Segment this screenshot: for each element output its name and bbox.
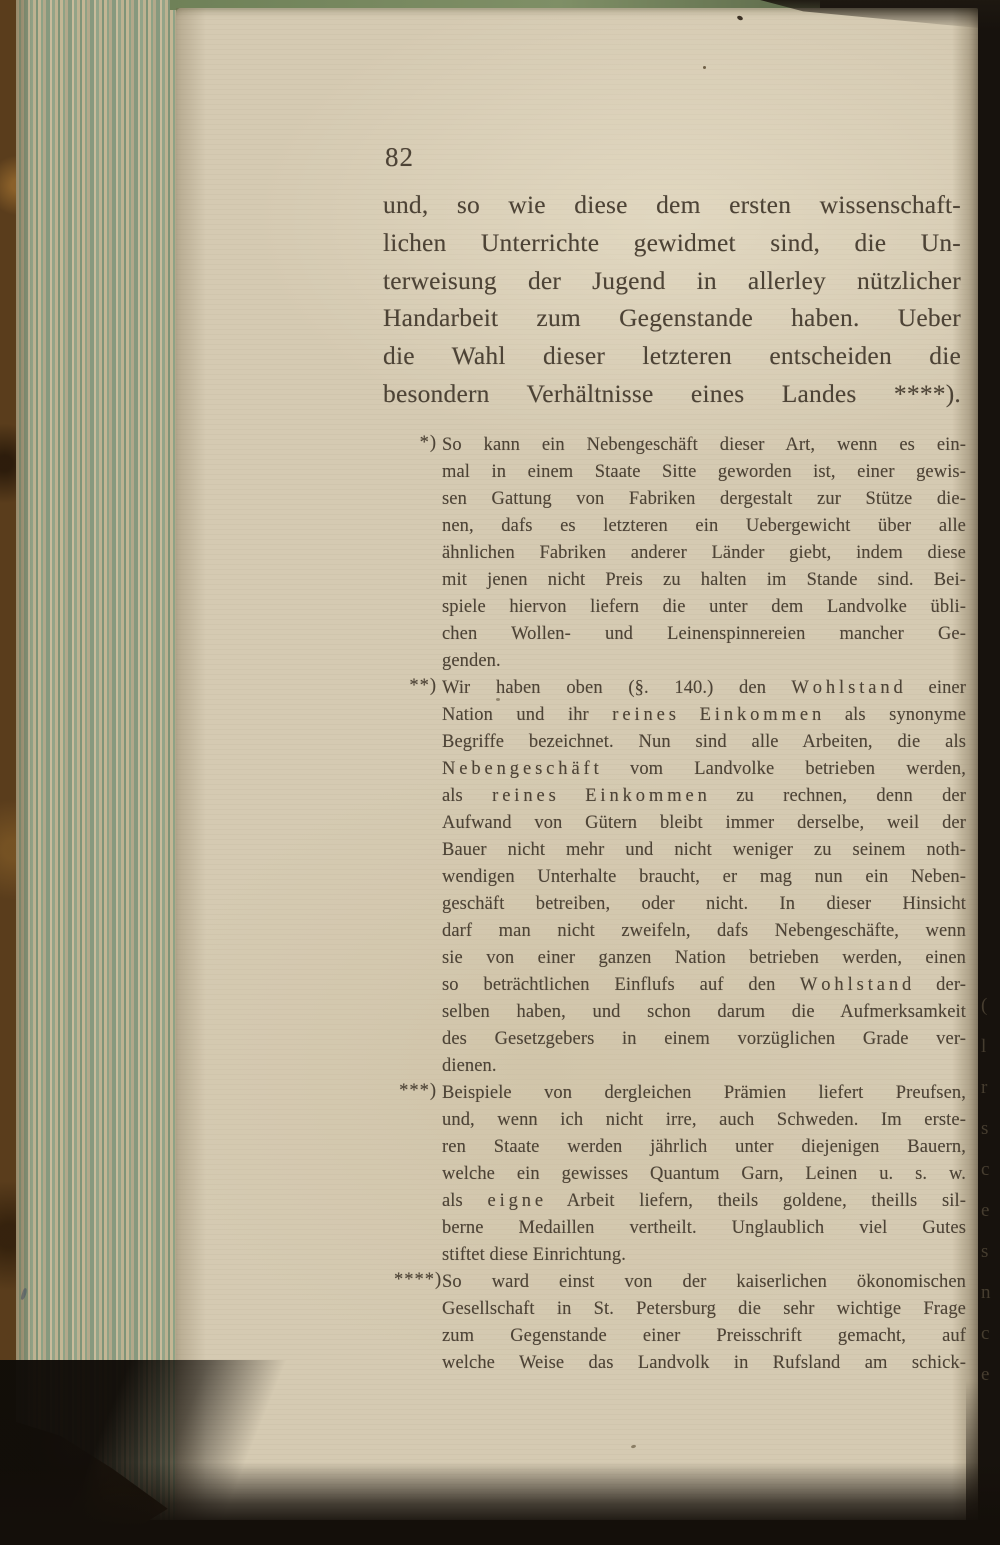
text-line: N e b e n g e s c h ä f t vom Landvolke …	[442, 756, 966, 783]
paper-fleck	[631, 1444, 637, 1448]
text-line: e	[981, 1190, 1000, 1231]
footnote-text: Beispiele von dergleichen Prämien liefer…	[442, 1080, 966, 1269]
text-line: So ward einst von der kaiserlichen ökono…	[442, 1269, 966, 1296]
text-line: Bauer nicht mehr und nicht weniger zu se…	[442, 837, 966, 864]
footnote-text: Wir haben oben (§. 140.) den W o h l s t…	[442, 675, 966, 1080]
text-line: und, so wie diese dem ersten wissenschaf…	[383, 186, 961, 224]
text-line: welche ein gewisses Quantum Garn, Leinen…	[442, 1161, 966, 1188]
text-line: als e i g n e Arbeit liefern, theils gol…	[442, 1188, 966, 1215]
footnote-marker: *)	[394, 430, 437, 457]
footnote-marker: ****)	[394, 1267, 437, 1294]
text-line: Nation und ihr r e i n e s E i n k o m m…	[442, 702, 966, 729]
text-line: Begriffe bezeichnet. Nun sind alle Arbei…	[442, 729, 966, 756]
footnote-2: **) Wir haben oben (§. 140.) den W o h l…	[394, 675, 966, 1080]
clipped-text-fragments: (lrscesnce	[981, 985, 1000, 1395]
text-line: nen, dafs es letzteren ein Uebergewicht …	[442, 513, 966, 540]
text-line: des Gesetzgebers in einem vorzüglichen G…	[442, 1026, 966, 1053]
text-line: Wir haben oben (§. 140.) den W o h l s t…	[442, 675, 966, 702]
book-scan: 82 und, so wie diese dem ersten wissensc…	[0, 0, 1000, 1545]
book-page: 82 und, so wie diese dem ersten wissensc…	[176, 8, 978, 1520]
footnote-4: ****) So ward einst von der kaiserlichen…	[394, 1269, 966, 1377]
paper-fleck	[496, 698, 500, 701]
shadow-bottom	[0, 1462, 1000, 1545]
footnote-marker: **)	[394, 673, 437, 700]
page-number: 82	[385, 142, 414, 173]
text-line: Beispiele von dergleichen Prämien liefer…	[442, 1080, 966, 1107]
text-line: c	[981, 1149, 1000, 1190]
footnotes-block: *) So kann ein Nebengeschäft dieser Art,…	[394, 432, 966, 1377]
text-line: spiele hiervon liefern die unter dem Lan…	[442, 594, 966, 621]
text-line: mal in einem Staate Sitte geworden ist, …	[442, 459, 966, 486]
footnote-text: So ward einst von der kaiserlichen ökono…	[442, 1269, 966, 1377]
text-line: e	[981, 1354, 1000, 1395]
text-line: und, wenn ich nicht irre, auch Schweden.…	[442, 1107, 966, 1134]
text-line: wendigen Unterhalte braucht, er mag nun …	[442, 864, 966, 891]
text-line: die Wahl dieser letzteren entscheiden di…	[383, 337, 961, 375]
text-line: c	[981, 1313, 1000, 1354]
text-line: s	[981, 1108, 1000, 1149]
footnote-marker: ***)	[394, 1078, 437, 1105]
text-line: l	[981, 1026, 1000, 1067]
text-line: ren Staate werden jährlich unter diejeni…	[442, 1134, 966, 1161]
text-line: (	[981, 985, 1000, 1026]
text-line: dienen.	[442, 1053, 966, 1080]
text-line: s	[981, 1231, 1000, 1272]
stacked-page-edges	[16, 0, 182, 1520]
text-line: genden.	[442, 648, 966, 675]
text-line: mit jenen nicht Preis zu halten im Stand…	[442, 567, 966, 594]
text-line: zum Gegenstande einer Preisschrift gemac…	[442, 1323, 966, 1350]
text-line: selben haben, und schon darum die Aufmer…	[442, 999, 966, 1026]
footnote-3: ***) Beispiele von dergleichen Prämien l…	[394, 1080, 966, 1269]
main-paragraph: und, so wie diese dem ersten wissenschaf…	[383, 186, 961, 413]
text-line: Gesellschaft in St. Petersburg die sehr …	[442, 1296, 966, 1323]
text-line: berne Medaillen vertheilt. Unglaublich v…	[442, 1215, 966, 1242]
text-line: Aufwand von Gütern bleibt immer derselbe…	[442, 810, 966, 837]
text-line: als r e i n e s E i n k o m m e n zu rec…	[442, 783, 966, 810]
text-line: lichen Unterrichte gewidmet sind, die Un…	[383, 224, 961, 262]
text-line: stiftet diese Einrichtung.	[442, 1242, 966, 1269]
text-line: chen Wollen- und Leinenspinnereien manch…	[442, 621, 966, 648]
text-line: sie von einer ganzen Nation betrieben we…	[442, 945, 966, 972]
next-page-edge: (lrscesnce	[978, 15, 1000, 1515]
text-line: geschäft betreiben, oder nicht. In diese…	[442, 891, 966, 918]
text-line: darf man nicht zweifeln, dafs Nebengesch…	[442, 918, 966, 945]
text-line: Handarbeit zum Gegenstande haben. Ueber	[383, 299, 961, 337]
text-line: sen Gattung von Fabriken dergestalt zur …	[442, 486, 966, 513]
text-line: ähnlichen Fabriken anderer Länder giebt,…	[442, 540, 966, 567]
text-line: terweisung der Jugend in allerley nützli…	[383, 262, 961, 300]
footnote-1: *) So kann ein Nebengeschäft dieser Art,…	[394, 432, 966, 675]
text-line: n	[981, 1272, 1000, 1313]
text-line: welche Weise das Landvolk in Rufsland am…	[442, 1350, 966, 1377]
text-line: r	[981, 1067, 1000, 1108]
text-line: So kann ein Nebengeschäft dieser Art, we…	[442, 432, 966, 459]
footnote-text: So kann ein Nebengeschäft dieser Art, we…	[442, 432, 966, 675]
paper-fleck	[703, 66, 706, 69]
text-line: so beträchtlichen Einflufs auf den W o h…	[442, 972, 966, 999]
text-line: besondern Verhältnisse eines Landes ****…	[383, 375, 961, 413]
